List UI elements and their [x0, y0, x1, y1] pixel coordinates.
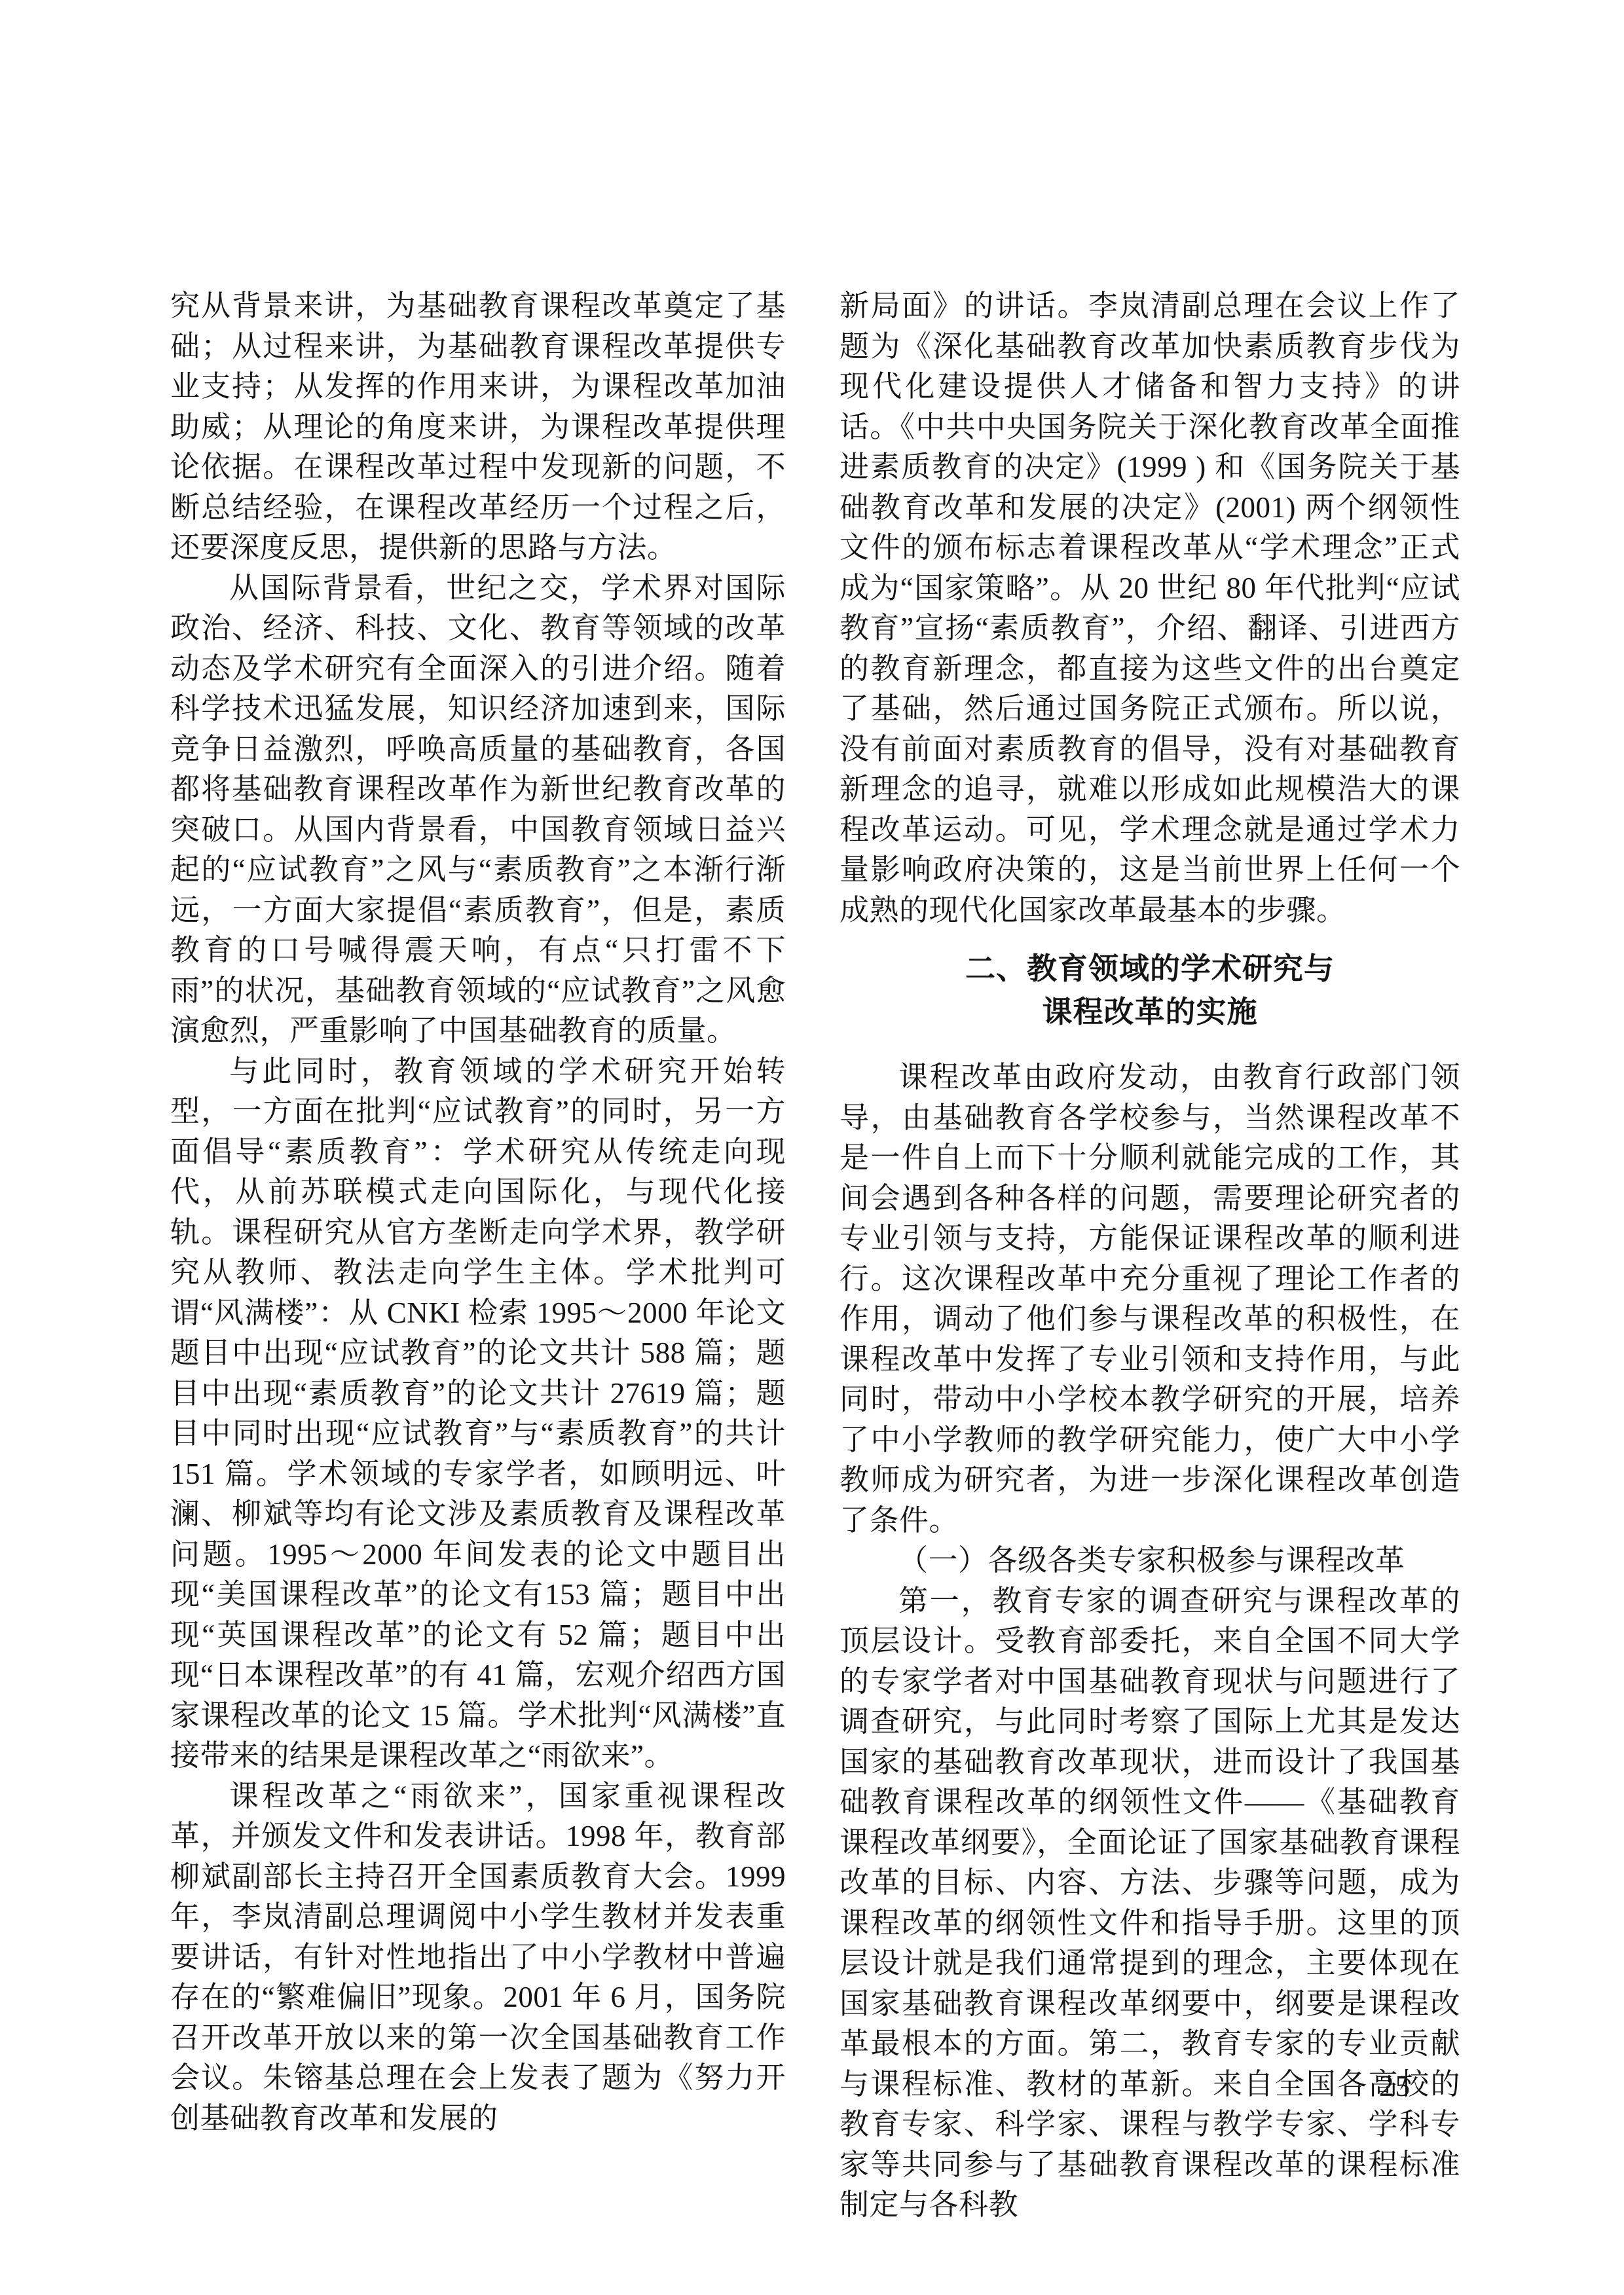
page-number: 25	[1379, 2069, 1411, 2103]
section-heading-line1: 二、教育领域的学术研究与	[965, 952, 1335, 985]
paragraph: 从国际背景看，世纪之交，学术界对国际政治、经济、科技、文化、教育等领域的改革动态…	[170, 568, 786, 1052]
paragraph: 课程改革由政府发动，由教育行政部门领导，由基础教育各学校参与，当然课程改革不是一…	[840, 1057, 1460, 1541]
document-page: 究从背景来讲，为基础教育课程改革奠定了基础；从过程来讲，为基础教育课程改革提供专…	[0, 0, 1624, 2295]
section-heading: 二、教育领域的学术研究与 课程改革的实施	[840, 947, 1460, 1034]
subsection-heading: （一）各级各类专家积极参与课程改革	[840, 1541, 1460, 1581]
paragraph: 第一，教育专家的调查研究与课程改革的顶层设计。受教育部委托，来自全国不同大学的专…	[840, 1581, 1460, 2226]
right-column: 新局面》的讲话。李岚清副总理在会议上作了题为《深化基础教育改革加快素质教育步伐为…	[840, 286, 1460, 2226]
paragraph-continuation: 新局面》的讲话。李岚清副总理在会议上作了题为《深化基础教育改革加快素质教育步伐为…	[840, 286, 1460, 930]
section-heading-line2: 课程改革的实施	[1043, 995, 1258, 1029]
left-column: 究从背景来讲，为基础教育课程改革奠定了基础；从过程来讲，为基础教育课程改革提供专…	[170, 286, 786, 2139]
paragraph: 课程改革之“雨欲来”，国家重视课程改革，并颁发文件和发表讲话。1998 年，教育…	[170, 1776, 786, 2139]
paragraph: 与此同时，教育领域的学术研究开始转型，一方面在批判“应试教育”的同时，另一方面倡…	[170, 1052, 786, 1776]
paragraph-continuation: 究从背景来讲，为基础教育课程改革奠定了基础；从过程来讲，为基础教育课程改革提供专…	[170, 286, 786, 568]
